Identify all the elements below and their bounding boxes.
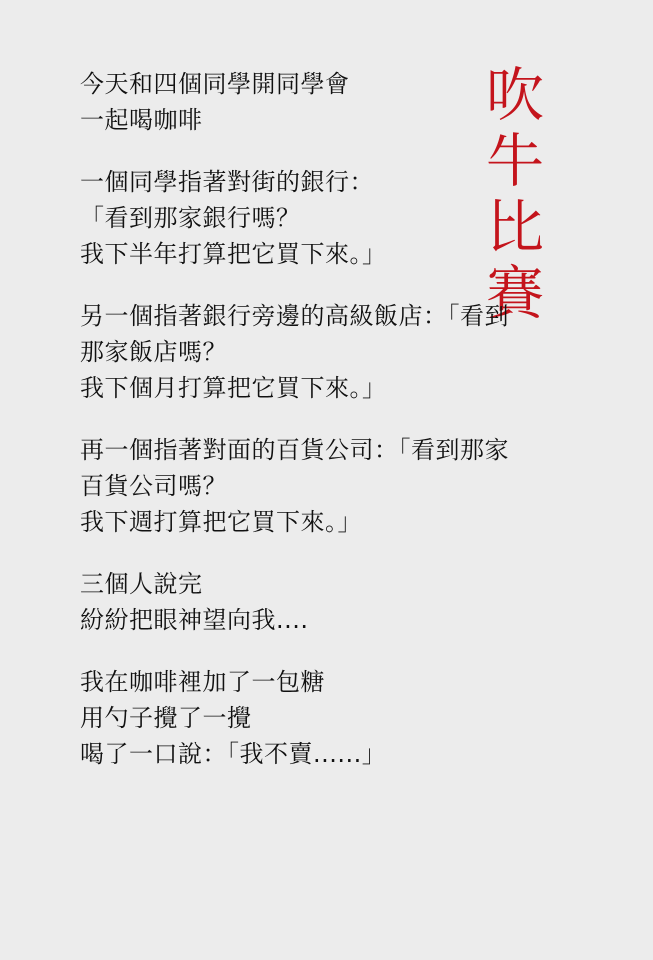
paragraph-punchline: 我在咖啡裡加了一包糖 用勺子攪了一攪 喝了一口說：「我不賣......」 xyxy=(80,664,640,772)
text-line: 紛紛把眼神望向我.... xyxy=(80,602,640,638)
text-line: 用勺子攪了一攪 xyxy=(80,700,640,736)
text-line: 再一個指著對面的百貨公司：「看到那家 xyxy=(80,432,640,468)
text-line: 「看到那家銀行嗎？ xyxy=(80,200,640,236)
text-line: 我下週打算把它買下來。」 xyxy=(80,504,640,540)
story-body: 今天和四個同學開同學會 一起喝咖啡 一個同學指著對街的銀行： 「看到那家銀行嗎？… xyxy=(80,66,640,798)
text-line: 今天和四個同學開同學會 xyxy=(80,66,640,102)
paragraph-hotel: 另一個指著銀行旁邊的高級飯店：「看到 那家飯店嗎？ 我下個月打算把它買下來。」 xyxy=(80,298,640,406)
text-line: 那家飯店嗎？ xyxy=(80,334,640,370)
paragraph-looking: 三個人說完 紛紛把眼神望向我.... xyxy=(80,566,640,638)
text-line: 一起喝咖啡 xyxy=(80,102,640,138)
text-line: 百貨公司嗎？ xyxy=(80,468,640,504)
text-line: 我下個月打算把它買下來。」 xyxy=(80,370,640,406)
text-line: 一個同學指著對街的銀行： xyxy=(80,164,640,200)
paragraph-bank: 一個同學指著對街的銀行： 「看到那家銀行嗎？ 我下半年打算把它買下來。」 xyxy=(80,164,640,272)
paragraph-intro: 今天和四個同學開同學會 一起喝咖啡 xyxy=(80,66,640,138)
text-line: 另一個指著銀行旁邊的高級飯店：「看到 xyxy=(80,298,640,334)
text-line: 我在咖啡裡加了一包糖 xyxy=(80,664,640,700)
paragraph-department-store: 再一個指著對面的百貨公司：「看到那家 百貨公司嗎？ 我下週打算把它買下來。」 xyxy=(80,432,640,540)
text-line: 三個人說完 xyxy=(80,566,640,602)
text-line: 喝了一口說：「我不賣......」 xyxy=(80,736,640,772)
text-line: 我下半年打算把它買下來。」 xyxy=(80,236,640,272)
